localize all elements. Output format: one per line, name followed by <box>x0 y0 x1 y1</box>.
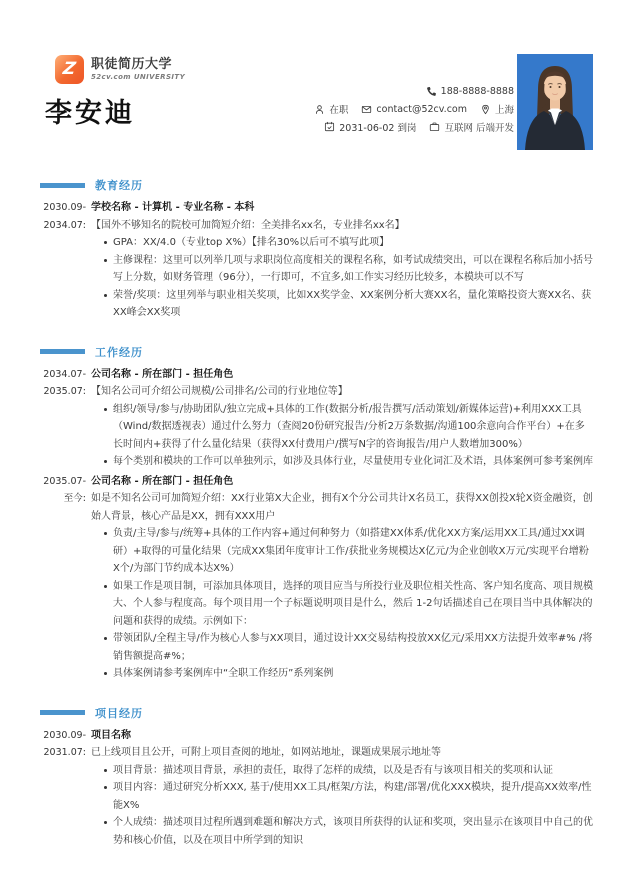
target-role-text: 互联网 后端开发 <box>444 120 514 134</box>
entry-content: 公司名称 - 所在部门 - 担任角色 【知名公司可介绍公司规模/公司排名/公司的… <box>91 366 594 471</box>
bullet-item: 如果工作是项目制，可添加具体项目，选择的项目应当与所投行业及职位相关性高、客户知… <box>91 578 594 631</box>
bullet-item: 主修课程：这里可以列举几项与求职岗位高度相关的课程名称，如考试成绩突出，可以在课… <box>91 252 594 287</box>
entry-subtitle: 如是不知名公司可加简短介绍：XX行业第X大企业，拥有X个分公司共计X名员工，获得… <box>91 490 594 525</box>
brand-title: 职徒简历大学 <box>91 58 185 73</box>
entry-subtitle: 【国外不够知名的院校可加简短介绍：全美排名xx名，专业排名xx名】 <box>91 217 594 235</box>
entry-bullets: 负责/主导/参与/统筹+具体的工作内容+通过何种努力（如搭建XX体系/优化XX方… <box>91 525 594 683</box>
contact-city: 上海 <box>480 102 514 116</box>
contact-row-1: 188-8888-8888 <box>314 83 514 101</box>
work-entry: 2035.07- 至今: 公司名称 - 所在部门 - 担任角色 如是不知名公司可… <box>40 473 594 683</box>
contact-phone: 188-8888-8888 <box>426 86 514 97</box>
section-projects: 项目经历 2030.09- 2031.07: 项目名称 已上线项目且公开，可附上… <box>40 705 594 850</box>
entry-bullets: GPA：XX/4.0（专业top X%）【排名30%以后可不填写此项】 主修课程… <box>91 234 594 322</box>
contact-status: 在职 <box>314 102 348 116</box>
date-end: 2031.07: <box>40 744 86 762</box>
email-text: contact@52cv.com <box>376 104 467 115</box>
entry-dates: 2030.09- 2031.07: <box>40 727 86 850</box>
section-education: 教育经历 2030.09- 2034.07: 学校名称 - 计算机 - 专业名称… <box>40 177 594 322</box>
phone-icon <box>426 86 437 97</box>
calendar-icon <box>324 121 335 132</box>
entry-dates: 2035.07- 至今: <box>40 473 86 683</box>
education-section-header: 教育经历 <box>40 177 594 193</box>
date-start: 2030.09- <box>40 199 86 217</box>
project-entry: 2030.09- 2031.07: 项目名称 已上线项目且公开，可附上项目查阅的… <box>40 727 594 850</box>
brand-logo-icon: Z <box>55 55 84 84</box>
entry-bullets: 项目背景：描述项目背景，承担的责任，取得了怎样的成绩，以及是否有与该项目相关的奖… <box>91 762 594 850</box>
briefcase-icon <box>429 121 440 132</box>
status-text: 在职 <box>329 102 348 116</box>
person-icon <box>314 104 325 115</box>
entry-content: 项目名称 已上线项目且公开，可附上项目查阅的地址，如网站地址，课题成果展示地址等… <box>91 727 594 850</box>
date-end: 2034.07: <box>40 217 86 235</box>
section-title: 项目经历 <box>95 705 143 721</box>
section-accent-bar <box>40 710 85 715</box>
bullet-item: 个人成绩：描述项目过程所遇到难题和解决方式，该项目所获得的认证和奖项，突出显示在… <box>91 814 594 849</box>
location-pin-icon <box>480 104 491 115</box>
bullet-item: 具体案例请参考案例库中“全职工作经历”系列案例 <box>91 665 594 683</box>
entry-dates: 2030.09- 2034.07: <box>40 199 86 322</box>
entry-title: 学校名称 - 计算机 - 专业名称 - 本科 <box>91 199 594 217</box>
education-entry: 2030.09- 2034.07: 学校名称 - 计算机 - 专业名称 - 本科… <box>40 199 594 322</box>
bullet-item: 项目内容：通过研究分析XXX, 基于/使用XX工具/框架/方法，构建/部署/优化… <box>91 779 594 814</box>
portrait-illustration <box>517 54 593 150</box>
bullet-item: 每个类别和模块的工作可以单独列示，如涉及具体行业，尽量使用专业化词汇及术语，具体… <box>91 453 594 471</box>
section-title: 教育经历 <box>95 177 143 193</box>
brand: Z 职徒简历大学 52cv.com UNIVERSITY <box>55 55 594 84</box>
entry-dates: 2034.07- 2035.07: <box>40 366 86 471</box>
bullet-item: 负责/主导/参与/统筹+具体的工作内容+通过何种努力（如搭建XX体系/优化XX方… <box>91 525 594 578</box>
section-work: 工作经历 2034.07- 2035.07: 公司名称 - 所在部门 - 担任角… <box>40 344 594 683</box>
bullet-item: 项目背景：描述项目背景，承担的责任，取得了怎样的成绩，以及是否有与该项目相关的奖… <box>91 762 594 780</box>
availability-text: 2031-06-02 到岗 <box>339 120 416 134</box>
candidate-name: 李安迪 <box>45 99 135 129</box>
date-start: 2034.07- <box>40 366 86 384</box>
contact-row-3: 2031-06-02 到岗 互联网 后端开发 <box>314 118 514 136</box>
work-section-header: 工作经历 <box>40 344 594 360</box>
entry-bullets: 组织/领导/参与/协助团队/独立完成+具体的工作(数据分析/报告撰写/活动策划/… <box>91 401 594 471</box>
logo-glyph: Z <box>62 61 77 78</box>
entry-title: 公司名称 - 所在部门 - 担任角色 <box>91 473 594 491</box>
bullet-item: 荣誉/奖项：这里列举与职业相关奖项，比如XX奖学金、XX案例分析大赛XX名，量化… <box>91 287 594 322</box>
entry-title: 公司名称 - 所在部门 - 担任角色 <box>91 366 594 384</box>
projects-section-header: 项目经历 <box>40 705 594 721</box>
contact-email: contact@52cv.com <box>361 104 467 115</box>
entry-title: 项目名称 <box>91 727 594 745</box>
work-entry: 2034.07- 2035.07: 公司名称 - 所在部门 - 担任角色 【知名… <box>40 366 594 471</box>
bullet-item: 带领团队/全程主导/作为核心人参与XX项目，通过设计XX交易结构投放XX亿元/采… <box>91 630 594 665</box>
contact-target-role: 互联网 后端开发 <box>429 120 514 134</box>
entry-subtitle: 【知名公司可介绍公司规模/公司排名/公司的行业地位等】 <box>91 383 594 401</box>
phone-number: 188-8888-8888 <box>441 86 514 97</box>
date-end: 至今: <box>40 490 86 508</box>
bullet-item: GPA：XX/4.0（专业top X%）【排名30%以后可不填写此项】 <box>91 234 594 252</box>
section-accent-bar <box>40 183 85 188</box>
brand-subtitle: 52cv.com UNIVERSITY <box>91 73 185 81</box>
brand-text: 职徒简历大学 52cv.com UNIVERSITY <box>91 58 185 82</box>
envelope-icon <box>361 104 372 115</box>
date-start: 2030.09- <box>40 727 86 745</box>
resume-header: Z 职徒简历大学 52cv.com UNIVERSITY 李安迪 188-888… <box>40 55 594 151</box>
contact-row-2: 在职 contact@52cv.com 上海 <box>314 101 514 119</box>
bullet-item: 组织/领导/参与/协助团队/独立完成+具体的工作(数据分析/报告撰写/活动策划/… <box>91 401 594 454</box>
city-text: 上海 <box>495 102 514 116</box>
contact-availability: 2031-06-02 到岗 <box>324 120 416 134</box>
entry-subtitle: 已上线项目且公开，可附上项目查阅的地址，如网站地址，课题成果展示地址等 <box>91 744 594 762</box>
profile-photo <box>517 54 593 150</box>
date-end: 2035.07: <box>40 383 86 401</box>
entry-content: 公司名称 - 所在部门 - 担任角色 如是不知名公司可加简短介绍：XX行业第X大… <box>91 473 594 683</box>
date-start: 2035.07- <box>40 473 86 491</box>
entry-content: 学校名称 - 计算机 - 专业名称 - 本科 【国外不够知名的院校可加简短介绍：… <box>91 199 594 322</box>
section-accent-bar <box>40 349 85 354</box>
section-title: 工作经历 <box>95 344 143 360</box>
contact-info: 188-8888-8888 在职 contact@52cv.com 上海 <box>314 83 514 136</box>
resume-page: Z 职徒简历大学 52cv.com UNIVERSITY 李安迪 188-888… <box>0 0 634 896</box>
